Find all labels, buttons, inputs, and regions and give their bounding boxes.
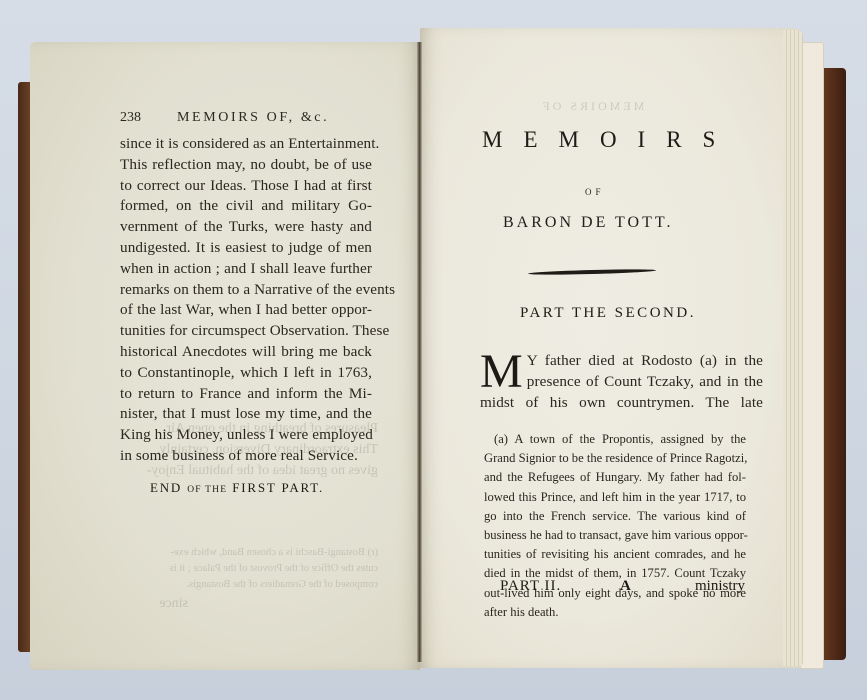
right-page-body: M Y father died at Rodosto (a) in the pr… [480, 351, 763, 413]
end-note-word: END [150, 480, 182, 495]
title-of: OF [585, 187, 605, 197]
section-heading: PART THE SECOND. [520, 305, 696, 322]
book-title: MEMOIRS [482, 127, 744, 153]
text-line: tunities for circumspect Observation. Th… [120, 321, 372, 342]
catchword: ministry [695, 578, 745, 595]
show-through-head: MEMOIRS OF [540, 96, 644, 117]
text-line: of the last War, when I had better oppor… [120, 300, 372, 321]
ghost-line: since [128, 593, 188, 614]
text-line: historical Anecdotes will bring me back [120, 342, 372, 363]
ghost-line: composed of the Grenadiers of the Bostan… [128, 577, 378, 593]
text-line: midst of his own countrymen. The late [480, 393, 763, 414]
drop-cap: M [480, 352, 523, 392]
text-line: This reflection may, no doubt, be of use [120, 155, 372, 176]
text-line: King his Money, unless I were employed [120, 425, 372, 446]
text-line: in some business of more real Service. [120, 446, 372, 467]
signature-part-label: PART II. [500, 578, 561, 595]
text-block-edge [800, 42, 824, 669]
end-of-part-note: END OF THE FIRST PART. [150, 480, 324, 496]
footnote-line: business he had to transact, gave him va… [484, 526, 746, 545]
footnote-line: lowed this Prince, and left him in the y… [484, 488, 746, 507]
text-line: when in action ; and I shall leave furth… [120, 259, 372, 280]
text-line: vernment of the Turks, were hasty and [120, 217, 372, 238]
text-line: to correct our Ideas. Those I had at fir… [120, 176, 372, 197]
footnote-line: go into the French service. The various … [484, 507, 746, 526]
ghost-line: cutes the Office of the Provost of the P… [128, 561, 378, 577]
text-line: undigested. It is easiest to judge of me… [120, 238, 372, 259]
text-line: since it is considered as an Entertainme… [120, 134, 372, 155]
book-gutter [417, 42, 422, 662]
left-page-body: since it is considered as an Entertainme… [120, 134, 372, 467]
text-line: nister, that I must lose my time, and th… [120, 404, 372, 425]
signature-mark: A [620, 578, 631, 595]
text-line: to Constantinople, which I left in 1763, [120, 363, 372, 384]
book-subtitle: BARON DE TOTT. [503, 214, 673, 232]
ghost-line: (r) Bostangi-Baschi is a chosen Band, wh… [128, 545, 378, 561]
text-line: to return to France and inform the Mi- [120, 384, 372, 405]
footnote-line: tunities of revisiting his ancient comra… [484, 545, 746, 564]
page-edges-right [783, 30, 803, 666]
page-number: 238 [120, 110, 141, 126]
text-line: remarks on them to a Narrative of the ev… [120, 280, 372, 301]
footnote-line: and the Refugees of Hungary. My father h… [484, 468, 746, 487]
end-note-small: OF THE [187, 485, 227, 495]
text-line: formed, on the civil and military Go- [120, 196, 372, 217]
footnote-line: Grand Signior to be the residence of Pri… [484, 449, 746, 468]
end-note-word: FIRST PART. [232, 480, 324, 495]
footnote-line: (a) A town of the Propontis, assigned by… [484, 430, 746, 449]
running-head-title: MEMOIRS OF, &c. [177, 110, 329, 126]
footnote-line: after his death. [484, 603, 746, 622]
